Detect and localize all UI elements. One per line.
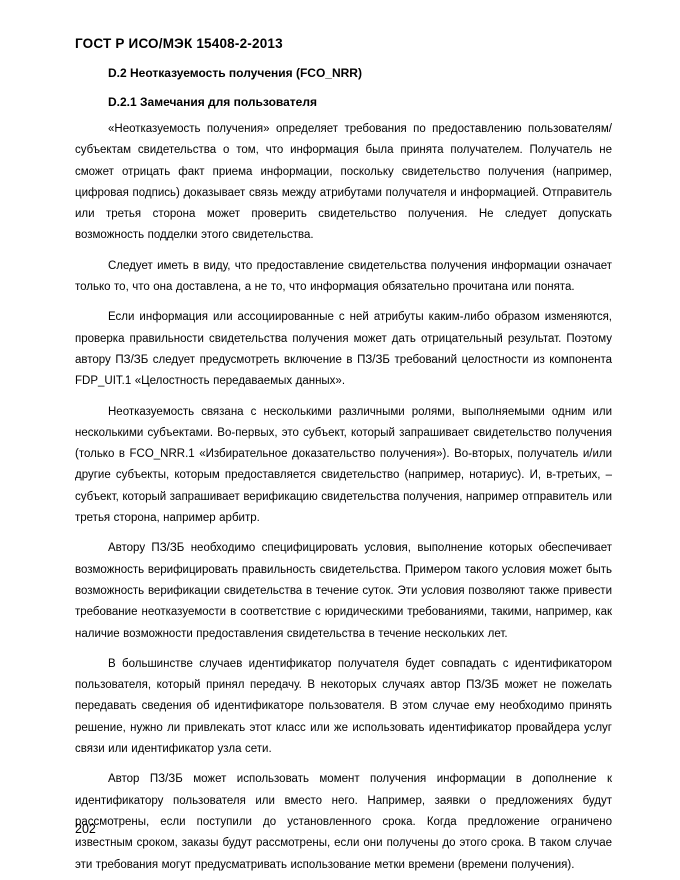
paragraph-3: Если информация или ассоциированные с не… bbox=[75, 307, 612, 392]
subsection-heading: D.2.1 Замечания для пользователя bbox=[108, 95, 612, 109]
paragraph-7: Автор ПЗ/ЗБ может использовать момент по… bbox=[75, 769, 612, 875]
paragraph-6: В большинстве случаев идентификатор полу… bbox=[75, 654, 612, 760]
paragraph-5: Автору ПЗ/ЗБ необходимо специфицировать … bbox=[75, 538, 612, 644]
paragraph-4: Неотказуемость связана с несколькими раз… bbox=[75, 402, 612, 530]
paragraph-2: Следует иметь в виду, что предоставление… bbox=[75, 256, 612, 299]
document-page: ГОСТ Р ИСО/МЭК 15408-2-2013 D.2 Неотказу… bbox=[0, 0, 680, 880]
document-code-header: ГОСТ Р ИСО/МЭК 15408-2-2013 bbox=[75, 36, 612, 51]
paragraph-1: «Неотказуемость получения» определяет тр… bbox=[75, 119, 612, 247]
page-number: 202 bbox=[75, 822, 96, 836]
section-heading: D.2 Неотказуемость получения (FCO_NRR) bbox=[108, 66, 612, 80]
